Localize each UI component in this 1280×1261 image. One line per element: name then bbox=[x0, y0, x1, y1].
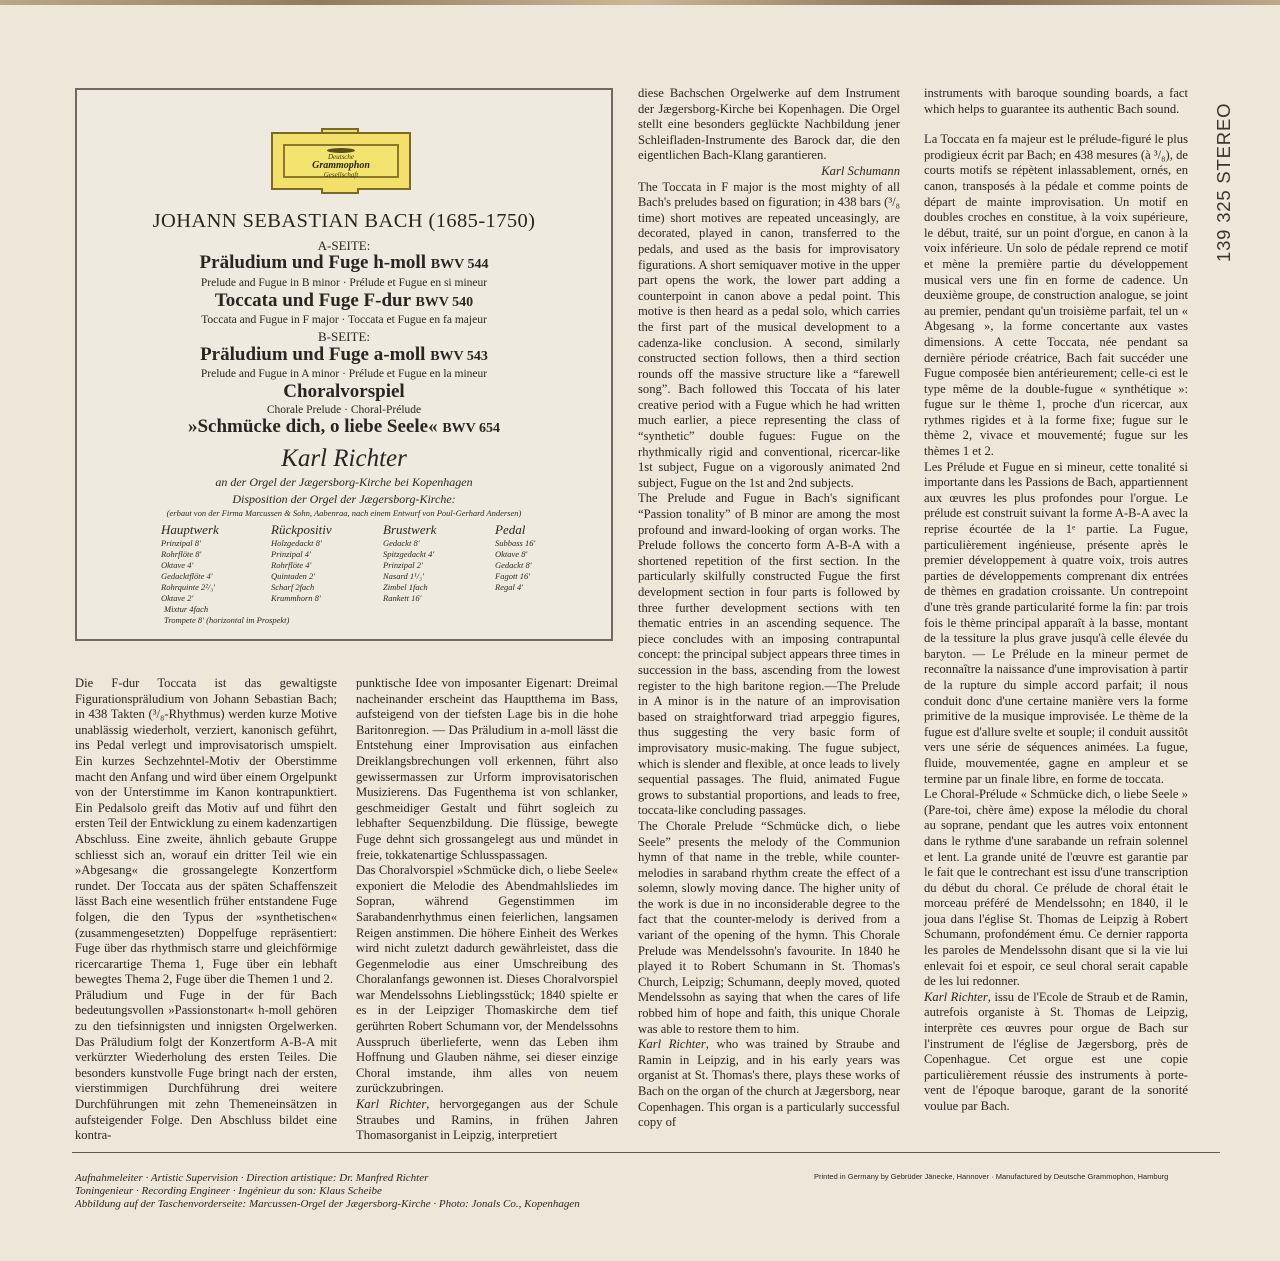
performer-name-inline: Karl Richter bbox=[356, 1097, 426, 1111]
german-paragraph: diese Bachschen Orgelwerke auf dem Instr… bbox=[638, 86, 900, 164]
dg-logo: Deutsche Grammophon Gesellschaft bbox=[271, 128, 411, 194]
stop-item: Rohrflöte 4' bbox=[271, 560, 332, 571]
english-paragraph: The Prelude and Fugue in Bach's signific… bbox=[638, 491, 900, 818]
stop-item: Regal 4' bbox=[495, 582, 535, 593]
stop-item: Prinzipal 4' bbox=[271, 549, 332, 560]
side-b-label: B-SEITE: bbox=[77, 329, 611, 345]
french-paragraph: Le Choral-Prélude « Schmücke dich, o lie… bbox=[924, 787, 1188, 990]
stop-item: Mixtur 4fach bbox=[161, 604, 289, 615]
bwv-number: BWV 654 bbox=[442, 421, 500, 436]
german-paragraph: Präludium und Fuge in der für Bach bedeu… bbox=[75, 988, 337, 1144]
work-title: Choralvorspiel bbox=[77, 381, 611, 403]
work-name: »Schmücke dich, o liebe Seele« bbox=[188, 416, 438, 437]
work-name: Präludium und Fuge h-moll bbox=[200, 252, 426, 273]
credits-box: Deutsche Grammophon Gesellschaft JOHANN … bbox=[75, 88, 613, 641]
logo-crest-bottom bbox=[321, 188, 359, 194]
division-heading: Pedal bbox=[495, 522, 535, 538]
catalog-number: 139 325 STEREO bbox=[1213, 82, 1235, 282]
top-edge-strip bbox=[0, 0, 1280, 5]
german-paragraph: Karl Richter, hervorgegangen aus der Sch… bbox=[356, 1097, 618, 1144]
stop-item: Fagott 16' bbox=[495, 571, 535, 582]
work-name: Toccata und Fuge F-dur bbox=[215, 290, 411, 311]
bwv-number: BWV 543 bbox=[430, 349, 488, 364]
footer-divider bbox=[72, 1152, 1220, 1153]
french-paragraph: Karl Richter, issu de l'Ecole de Straub … bbox=[924, 990, 1188, 1115]
german-text-column-1: Die F-dur Toccata ist das gewaltigste Fi… bbox=[75, 676, 337, 1144]
division-heading: Brustwerk bbox=[383, 522, 436, 538]
stop-item: Nasard 1¹/₃' bbox=[383, 571, 436, 582]
work-title: Toccata und Fuge F-dur BWV 540 bbox=[77, 290, 611, 312]
work-title: Präludium und Fuge a-moll BWV 543 bbox=[77, 344, 611, 366]
production-credits: Aufnahmeleiter · Artistic Supervision · … bbox=[75, 1172, 580, 1211]
english-paragraph: Karl Richter, who was trained by Straube… bbox=[638, 1037, 900, 1131]
printer-note: Printed in Germany by Gebrüder Jänecke, … bbox=[814, 1172, 1168, 1181]
english-paragraph: instruments with baroque sounding boards… bbox=[924, 86, 1188, 117]
stop-item: Prinzipal 2' bbox=[383, 560, 436, 571]
credit-line-engineer: Toningenieur · Recording Engineer · Ingé… bbox=[75, 1185, 580, 1198]
disposition-note: (erbaut von der Firma Marcussen & Sohn, … bbox=[77, 508, 611, 518]
paragraph-text: , issu de l'Ecole de Straub et de Ramin,… bbox=[924, 990, 1188, 1113]
division-pedal: Pedal Subbass 16' Oktave 8' Gedackt 8' F… bbox=[495, 522, 535, 593]
performer-name-inline: Karl Richter bbox=[924, 990, 988, 1004]
organ-stop-list: Hauptwerk Prinzipal 8' Rohrflöte 8' Okta… bbox=[161, 522, 601, 632]
german-paragraph: Die F-dur Toccata ist das gewaltigste Fi… bbox=[75, 676, 337, 988]
work-title: Präludium und Fuge h-moll BWV 544 bbox=[77, 252, 611, 274]
stop-item: Quintaden 2' bbox=[271, 571, 332, 582]
french-paragraph: Les Prélude et Fugue en si mineur, cette… bbox=[924, 460, 1188, 787]
french-text-column: instruments with baroque sounding boards… bbox=[924, 86, 1188, 1115]
logo-text-line3: Gesellschaft bbox=[285, 171, 397, 179]
stop-item: Spitzgedackt 4' bbox=[383, 549, 436, 560]
performer-name: Karl Richter bbox=[77, 445, 611, 473]
work-title: »Schmücke dich, o liebe Seele« BWV 654 bbox=[77, 416, 611, 438]
logo-frame: Deutsche Grammophon Gesellschaft bbox=[271, 132, 411, 190]
stop-item: Krummhorn 8' bbox=[271, 593, 332, 604]
credit-line-photo: Abbildung auf der Taschenvorderseite: Ma… bbox=[75, 1198, 580, 1211]
stop-item: Gedackt 8' bbox=[383, 538, 436, 549]
english-paragraph: The Toccata in F major is the most might… bbox=[638, 180, 900, 492]
stop-item: Oktave 8' bbox=[495, 549, 535, 560]
german-paragraph: Das Choralvorspiel »Schmücke dich, o lie… bbox=[356, 863, 618, 1097]
bwv-number: BWV 540 bbox=[415, 295, 473, 310]
composer-title: JOHANN SEBASTIAN BACH (1685-1750) bbox=[77, 210, 611, 233]
paragraph-text: diese Bachschen Orgelwerke auf dem Instr… bbox=[638, 86, 900, 162]
stop-item: Subbass 16' bbox=[495, 538, 535, 549]
english-paragraph: The Chorale Prelude “Schmücke dich, o li… bbox=[638, 819, 900, 1037]
stop-item: Scharf 2fach bbox=[271, 582, 332, 593]
performer-name-inline: Karl Richter bbox=[638, 1037, 706, 1051]
german-text-column-2: punktische Idee von imposanter Eigenart:… bbox=[356, 676, 618, 1144]
work-name: Präludium und Fuge a-moll bbox=[200, 344, 425, 365]
disposition-title: Disposition der Orgel der Jægersborg-Kir… bbox=[77, 492, 611, 507]
logo-text-line2: Grammophon bbox=[285, 161, 397, 171]
stop-item: Gedackt 8' bbox=[495, 560, 535, 571]
author-signature: Karl Schumann bbox=[821, 164, 900, 180]
german-paragraph: punktische Idee von imposanter Eigenart:… bbox=[356, 676, 618, 863]
division-rueckpositiv: Rückpositiv Holzgedackt 8' Prinzipal 4' … bbox=[271, 522, 332, 604]
bwv-number: BWV 544 bbox=[431, 257, 489, 272]
work-subtitle: Chorale Prelude · Choral-Prélude bbox=[77, 404, 611, 416]
french-paragraph: La Toccata en fa majeur est le prélude-f… bbox=[924, 132, 1188, 459]
performer-subtitle: an der Orgel der Jægersborg-Kirche bei K… bbox=[77, 475, 611, 490]
work-name: Choralvorspiel bbox=[283, 381, 404, 402]
division-heading: Rückpositiv bbox=[271, 522, 332, 538]
division-brustwerk: Brustwerk Gedackt 8' Spitzgedackt 4' Pri… bbox=[383, 522, 436, 604]
english-text-column: diese Bachschen Orgelwerke auf dem Instr… bbox=[638, 86, 900, 1131]
stop-item: Rankett 16' bbox=[383, 593, 436, 604]
stop-item: Zimbel 1fach bbox=[383, 582, 436, 593]
work-subtitle: Toccata and Fugue in F major · Toccata e… bbox=[77, 314, 611, 326]
stop-item: Holzgedackt 8' bbox=[271, 538, 332, 549]
logo-cartouche: Deutsche Grammophon Gesellschaft bbox=[283, 144, 399, 178]
work-subtitle: Prelude and Fugue in B minor · Prélude e… bbox=[77, 277, 611, 289]
work-subtitle: Prelude and Fugue in A minor · Prélude e… bbox=[77, 368, 611, 380]
stop-item: Trompete 8' (horizontal im Prospekt) bbox=[161, 615, 289, 626]
credit-line-supervision: Aufnahmeleiter · Artistic Supervision · … bbox=[75, 1172, 580, 1185]
